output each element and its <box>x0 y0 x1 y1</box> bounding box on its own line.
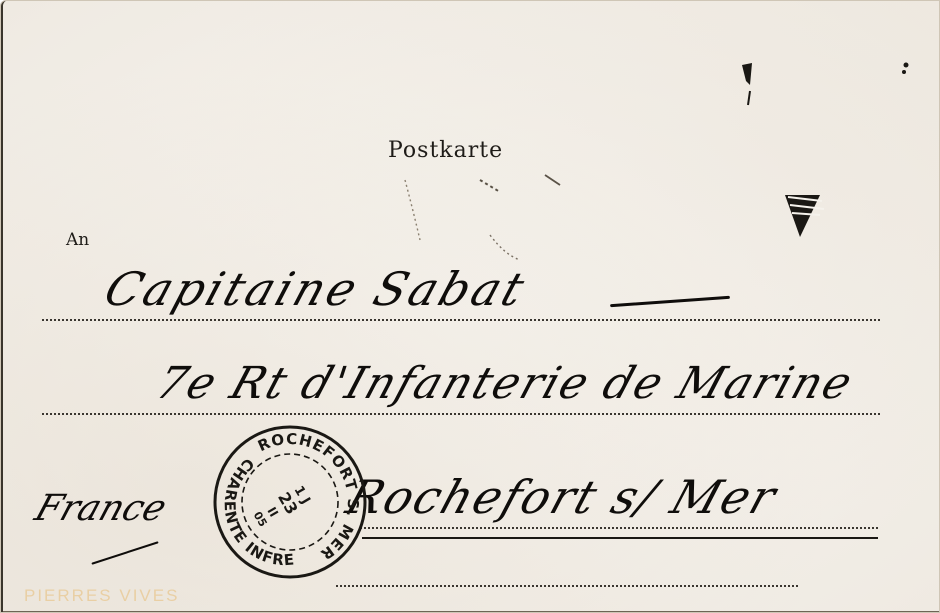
handwritten-recipient-name: Capitaine Sabat <box>98 262 534 316</box>
handwritten-city: Rochefort s/ Mer <box>340 470 784 524</box>
ghost-scribble-center <box>395 160 695 270</box>
watermark: PIERRES VIVES <box>24 586 179 606</box>
address-rule-2 <box>42 413 880 415</box>
handwritten-regiment: 7e Rt d'Infanterie de Marine <box>150 358 860 409</box>
address-rule-1 <box>42 319 880 321</box>
recipient-label: An <box>66 230 89 250</box>
address-underline <box>362 537 878 539</box>
name-flourish <box>610 296 730 307</box>
country-flourish <box>91 541 158 565</box>
postcard-title: Postkarte <box>388 138 503 163</box>
address-rule-3 <box>360 527 878 529</box>
ghost-mark-top-right <box>730 55 940 255</box>
postcard-back: Postkarte An Capitaine Sabat 7e Rt d'Inf… <box>0 0 940 613</box>
postmark-stamp: ROCHEFORT S. MER CHARENTE INFRE 1 J 23 I… <box>210 422 370 582</box>
address-rule-4 <box>336 585 798 587</box>
handwritten-country: France <box>30 488 172 529</box>
